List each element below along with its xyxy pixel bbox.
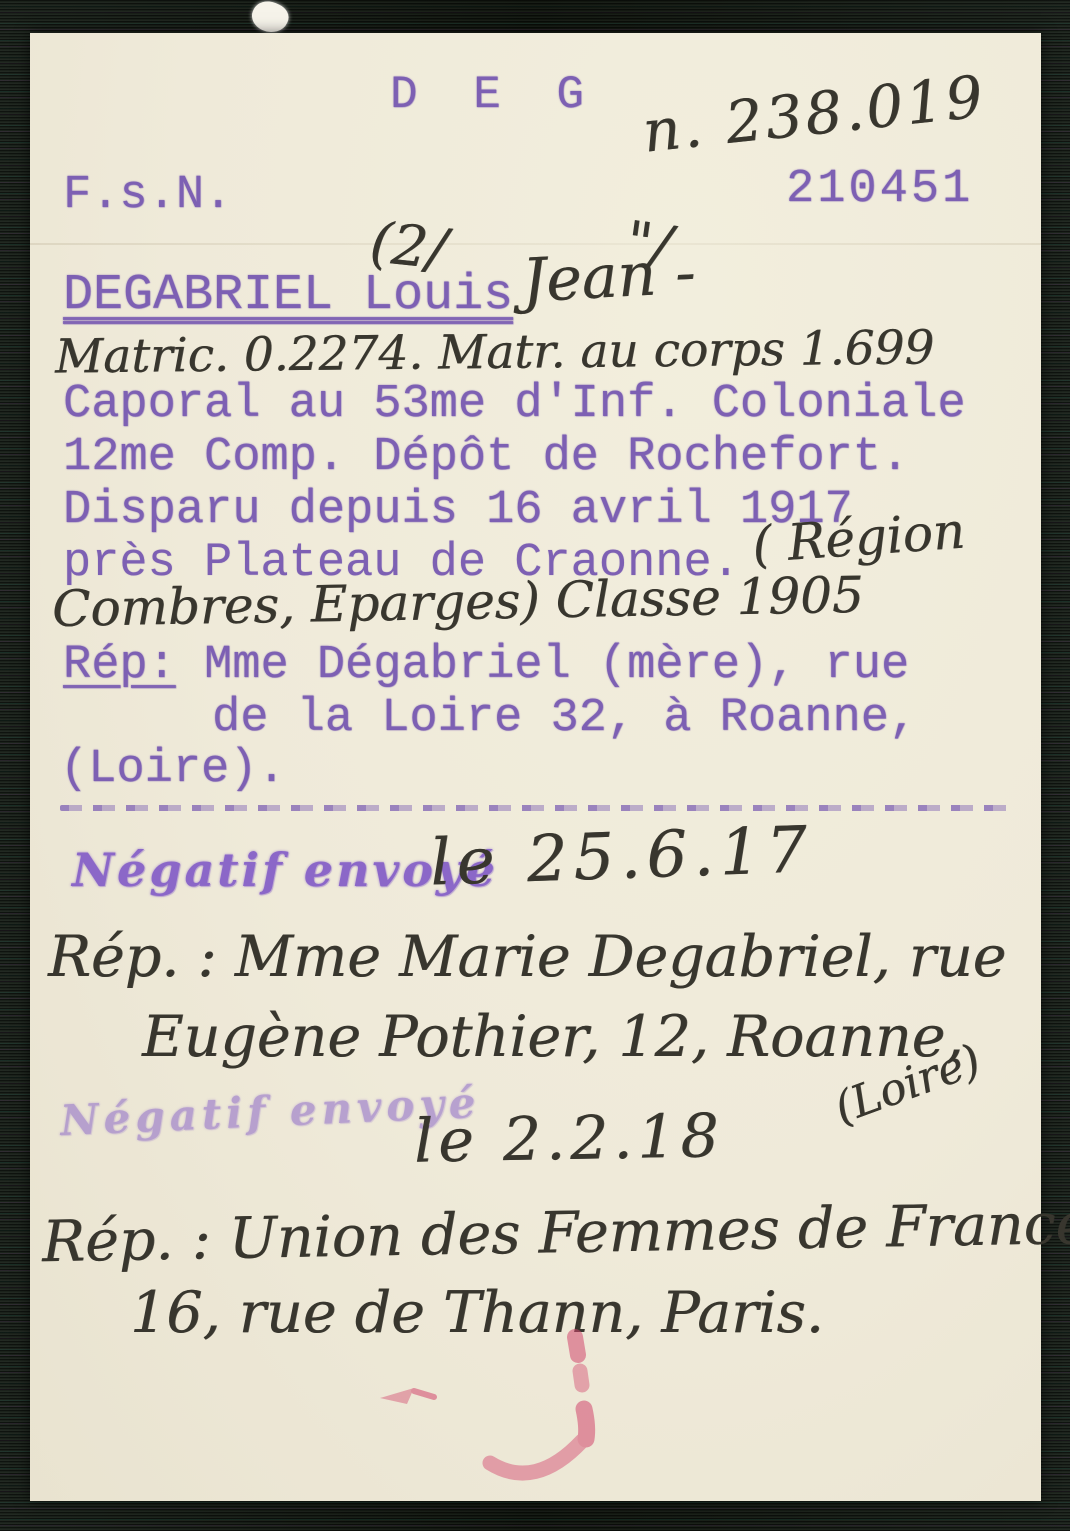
company-line: 12me Comp. Dépôt de Rochefort. (63, 433, 909, 482)
stamp1-date-handwritten: le 25.6.17 (429, 818, 814, 895)
index-card: D E G n. 238.019 F.s.N. 210451 (2/ "/ DE… (30, 33, 1041, 1501)
rank-line: Caporal au 53me d'Inf. Coloniale (63, 380, 966, 429)
scan-backdrop: { "colors": { "card_background": "#efead… (0, 0, 1070, 1531)
forename-handwritten: Jean - (521, 243, 697, 312)
reply1-label: Rép: (63, 639, 176, 692)
card-crease-line (30, 243, 1041, 245)
red-stamp-mark (340, 1323, 670, 1498)
reply1-line3: (Loire). (60, 745, 286, 794)
card-number: 210451 (786, 165, 973, 214)
dossier-number-handwritten: n. 238.019 (640, 67, 988, 161)
series-header: D E G (390, 71, 598, 119)
fsn-label: F.s.N. (63, 171, 232, 220)
reply1-line1: Rép: Mme Dégabriel (mère), rue (63, 641, 909, 690)
reply1-line2: de la Loire 32, à Roanne, (212, 694, 917, 743)
reply1-address-part: Mme Dégabriel (mère), rue (176, 639, 909, 692)
surname-typed: DEGABRIEL Louis (63, 270, 513, 323)
reply2-line2-handwritten: Eugène Pothier, 12, Roanne, (142, 1009, 964, 1066)
matricule-handwritten: Matric. 0.2274. Matr. au corps 1.699 (55, 324, 935, 380)
reply3-line1-handwritten: Rép. : Union des Femmes de France, (42, 1196, 1070, 1272)
typed-separator-line (60, 805, 1012, 811)
missing-since-line: Disparu depuis 16 avril 1917 (63, 486, 853, 535)
location-region-handwritten: ( Région (751, 506, 967, 571)
stamp2-date-handwritten: le 2.2.18 (414, 1106, 725, 1171)
location-detail-handwritten: Combres, Eparges) Classe 1905 (52, 570, 864, 634)
reply2-line1-handwritten: Rép. : Mme Marie Degabriel, rue (48, 929, 1006, 986)
